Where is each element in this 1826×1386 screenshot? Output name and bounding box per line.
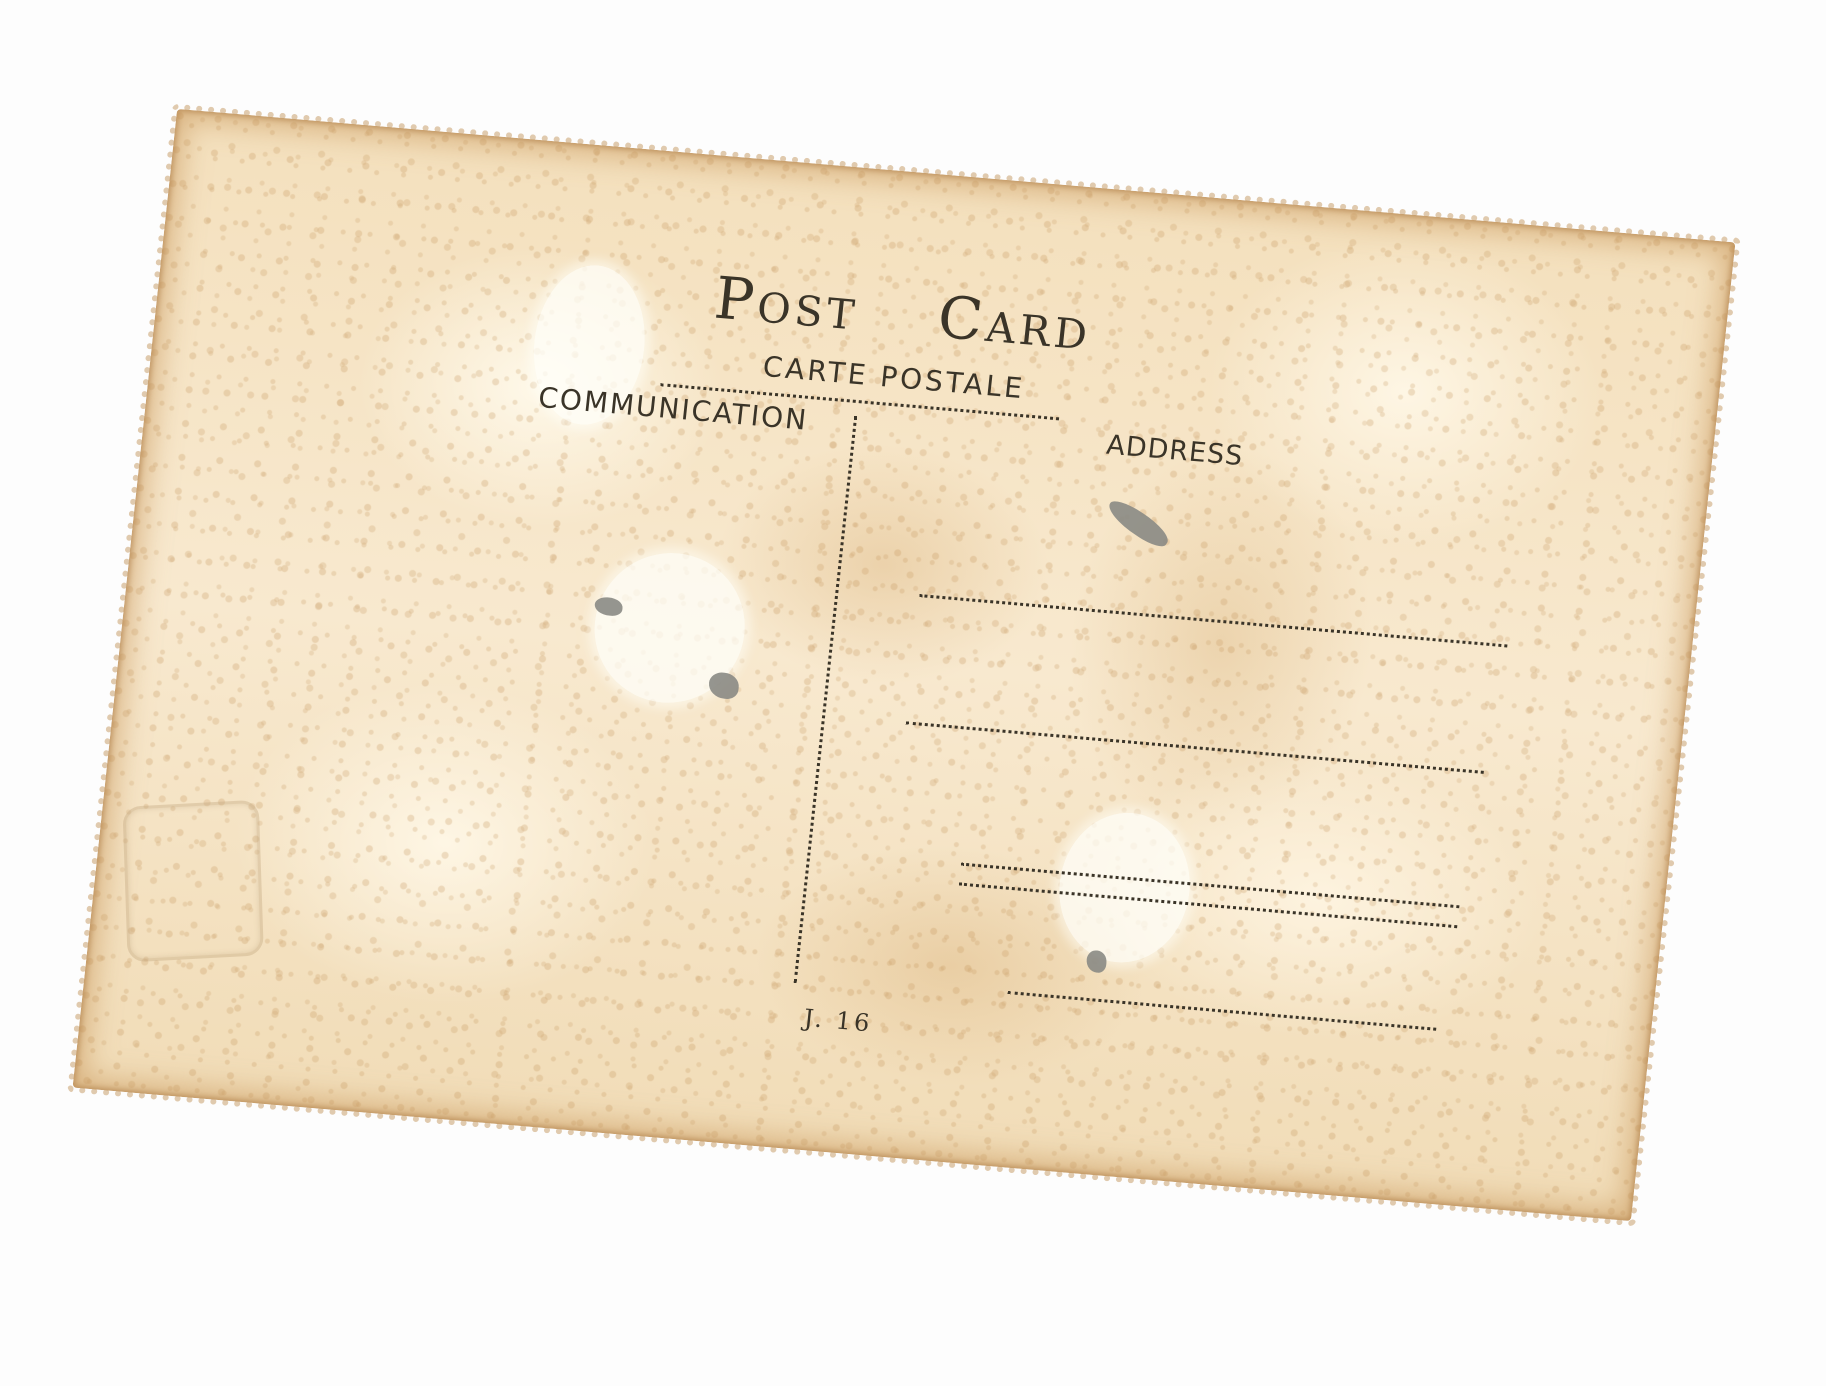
title-card: Card <box>935 283 1095 364</box>
paper-peel-mark <box>1052 808 1197 968</box>
glue-residue-spot <box>1103 495 1173 551</box>
address-line-2[interactable] <box>906 721 1484 774</box>
embossed-stamp-mark <box>122 800 263 963</box>
address-line-3[interactable] <box>961 863 1459 909</box>
address-line-5[interactable] <box>1008 991 1437 1031</box>
series-code: J. 16 <box>802 1004 873 1038</box>
glue-residue-spot <box>707 671 740 699</box>
title-post: Post <box>711 264 862 344</box>
address-line-1[interactable] <box>919 594 1507 647</box>
postcard-back: PostCard CARTE POSTALE COMMUNICATION ADD… <box>73 109 1736 1221</box>
foxing-texture <box>73 109 1736 1221</box>
address-label: ADDRESS <box>1105 430 1245 473</box>
address-line-4[interactable] <box>959 883 1457 929</box>
communication-label: COMMUNICATION <box>537 381 810 437</box>
postcard-title: PostCard <box>711 264 1095 364</box>
center-divider-dotted <box>794 416 858 983</box>
scan-background: PostCard CARTE POSTALE COMMUNICATION ADD… <box>0 0 1826 1386</box>
